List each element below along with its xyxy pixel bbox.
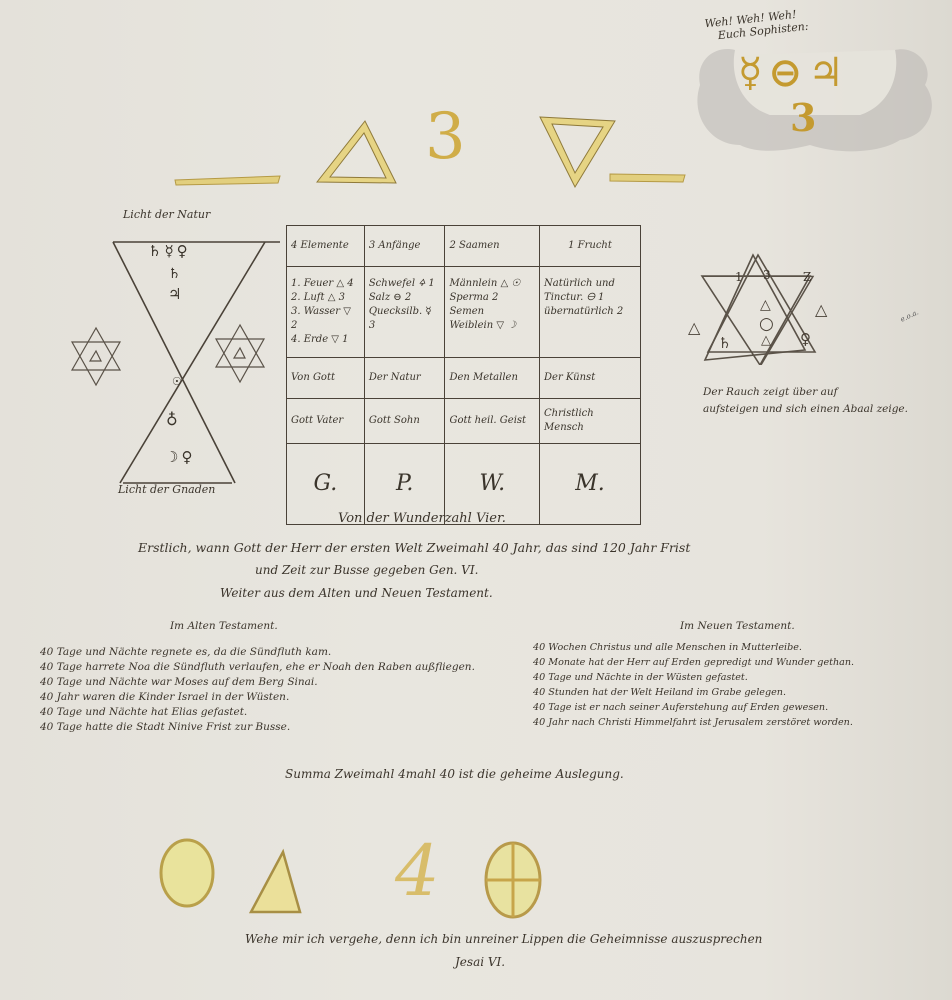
list-item: 40 Tage und Nächte in der Wüsten gefaste… xyxy=(533,670,854,685)
star-of-david-right-icon xyxy=(216,325,264,382)
star-of-david-left-icon xyxy=(72,328,120,385)
table-cell: Gott heil. Geist xyxy=(445,399,540,444)
jupiter-icon: ♃ xyxy=(168,285,181,303)
table-row: 1. Feuer △ 4 2. Luft △ 3 3. Wasser ▽ 2 4… xyxy=(287,267,641,358)
paragraph-line-1: Erstlich, wann Gott der Herr der ersten … xyxy=(138,540,690,555)
correspondence-table: 4 Elemente 3 Anfänge 2 Saamen 1 Frucht 1… xyxy=(286,225,641,525)
saturn-icon: ♄ xyxy=(148,242,164,260)
list-item: 40 Monate hat der Herr auf Erden gepredi… xyxy=(533,655,854,670)
inner-triangle-lower-icon: △ xyxy=(761,333,771,348)
mercury-icon: ☿ xyxy=(164,242,176,260)
venus-icon-2: ♀ xyxy=(181,448,195,466)
table-row: Gott Vater Gott Sohn Gott heil. Geist Ch… xyxy=(287,399,641,444)
table-cell: Den Metallen xyxy=(445,358,540,399)
list-item: 40 Wochen Christus und alle Menschen in … xyxy=(533,640,854,655)
table-cell: Der Künst xyxy=(540,358,641,399)
list-item: 40 Jahr nach Christi Himmelfahrt ist Jer… xyxy=(533,715,854,730)
hexagram-caption-2: aufsteigen und sich einen Abaal zeige. xyxy=(703,403,908,415)
saturn-icon-3: ♄ xyxy=(718,334,731,352)
moon-icon: ☽ xyxy=(165,448,181,466)
triangle-up-icon xyxy=(317,121,396,183)
table-cell: Der Natur xyxy=(364,358,445,399)
header-cell: 2 Saamen xyxy=(445,226,540,267)
table-cell: M. xyxy=(540,444,641,525)
hourglass-upper-symbols: ♄☿♀ xyxy=(148,242,191,260)
summary-line: Summa Zweimahl 4mahl 40 ist die geheime … xyxy=(285,767,624,781)
filled-triangle-icon xyxy=(251,852,300,912)
hexagram-label-3: 3 xyxy=(763,268,771,282)
hourglass-bottom-caption: Licht der Gnaden xyxy=(118,483,215,496)
cartouche-motto: Weh! Weh! Weh! Euch Sophisten: xyxy=(704,7,809,44)
manuscript-page: Weh! Weh! Weh! Euch Sophisten: ☿⊖♃ 3 3 L… xyxy=(0,0,952,1000)
list-item: 40 Jahr waren die Kinder Israel in der W… xyxy=(40,690,475,705)
cartouche-number: 3 xyxy=(790,95,816,140)
hexagram-label-z: Z xyxy=(803,270,811,284)
triangle-left-icon: △ xyxy=(688,318,700,337)
saturn-icon-2: ♄ xyxy=(168,266,181,282)
list-item: 40 Tage und Nächte regnete es, da die Sü… xyxy=(40,645,475,660)
list-item: 40 Tage und Nächte war Moses auf dem Ber… xyxy=(40,675,475,690)
filled-circle-icon xyxy=(161,840,213,906)
heading-number: 3 xyxy=(425,100,466,174)
table-row: Von Gott Der Natur Den Metallen Der Küns… xyxy=(287,358,641,399)
paragraph-line-3: Weiter aus dem Alten und Neuen Testament… xyxy=(220,586,493,600)
right-bar-icon xyxy=(610,174,685,182)
closing-line-2: Jesai VI. xyxy=(455,955,505,969)
table-cell: 1. Feuer △ 4 2. Luft △ 3 3. Wasser ▽ 2 4… xyxy=(287,267,365,358)
header-cell: 1 Frucht xyxy=(540,226,641,267)
table-cell: Gott Vater xyxy=(287,399,365,444)
hourglass-top-caption: Licht der Natur xyxy=(123,208,210,221)
old-testament-list: 40 Tage und Nächte regnete es, da die Sü… xyxy=(40,645,475,735)
hourglass-icon xyxy=(113,242,280,483)
table-cell: Männlein △ ☉ Sperma 2 Semen Weiblein ▽ ☽ xyxy=(445,267,540,358)
table-cell: Schwefel 🜍 1 Salz ⊖ 2 Quecksilb. ☿ 3 xyxy=(364,267,445,358)
new-testament-heading: Im Neuen Testament. xyxy=(680,620,795,632)
margin-mark: e.o.a. xyxy=(899,308,920,323)
new-testament-list: 40 Wochen Christus und alle Menschen in … xyxy=(533,640,854,730)
list-item: 40 Tage und Nächte hat Elias gefastet. xyxy=(40,705,475,720)
inner-triangle-icon: △ xyxy=(760,297,771,313)
triangle-down-icon xyxy=(540,117,615,187)
table-header-row: 4 Elemente 3 Anfänge 2 Saamen 1 Frucht xyxy=(287,226,641,267)
sun-icon: ☉ xyxy=(172,375,182,388)
hourglass-lower-symbols: ☽♀ xyxy=(165,448,195,466)
hexagram-caption-1: Der Rauch zeigt über auf xyxy=(703,386,838,398)
table-cell: Gott Sohn xyxy=(364,399,445,444)
list-item: 40 Stunden hat der Welt Heiland im Grabe… xyxy=(533,685,854,700)
crossed-circle-icon xyxy=(486,843,540,917)
paragraph-line-2: und Zeit zur Busse gegeben Gen. VI. xyxy=(255,563,478,577)
venus-icon: ♀ xyxy=(177,242,191,260)
number-four: 4 xyxy=(395,830,440,912)
hourglass-diagram xyxy=(60,225,280,485)
triangle-right-icon: △ xyxy=(815,300,827,319)
header-cell: 3 Anfänge xyxy=(364,226,445,267)
section-title: Von der Wunderzahl Vier. xyxy=(338,511,506,526)
table-cell: Von Gott xyxy=(287,358,365,399)
inner-circle-icon: ○ xyxy=(759,314,774,334)
list-item: 40 Tage harrete Noa die Sündfluth verlau… xyxy=(40,660,475,675)
hexagram-label-1: 1 xyxy=(735,270,743,284)
closing-line-1: Wehe mir ich vergehe, denn ich bin unrei… xyxy=(245,932,762,946)
list-item: 40 Tage hatte die Stadt Ninive Frist zur… xyxy=(40,720,475,735)
list-item: 40 Tage ist er nach seiner Auferstehung … xyxy=(533,700,854,715)
venus-icon-3: ♀ xyxy=(800,330,811,348)
header-cell: 4 Elemente xyxy=(287,226,365,267)
table-cell: Natürlich und Tinctur. 🜔 1 übernatürlich… xyxy=(540,267,641,358)
table-cell: Christlich Mensch xyxy=(540,399,641,444)
bottom-symbols xyxy=(155,830,595,925)
cartouche-symbols: ☿⊖♃ xyxy=(738,50,850,96)
old-testament-heading: Im Alten Testament. xyxy=(170,620,278,632)
sulfur-triangle-icon: ♁ xyxy=(166,410,178,429)
left-bar-icon xyxy=(175,176,280,185)
